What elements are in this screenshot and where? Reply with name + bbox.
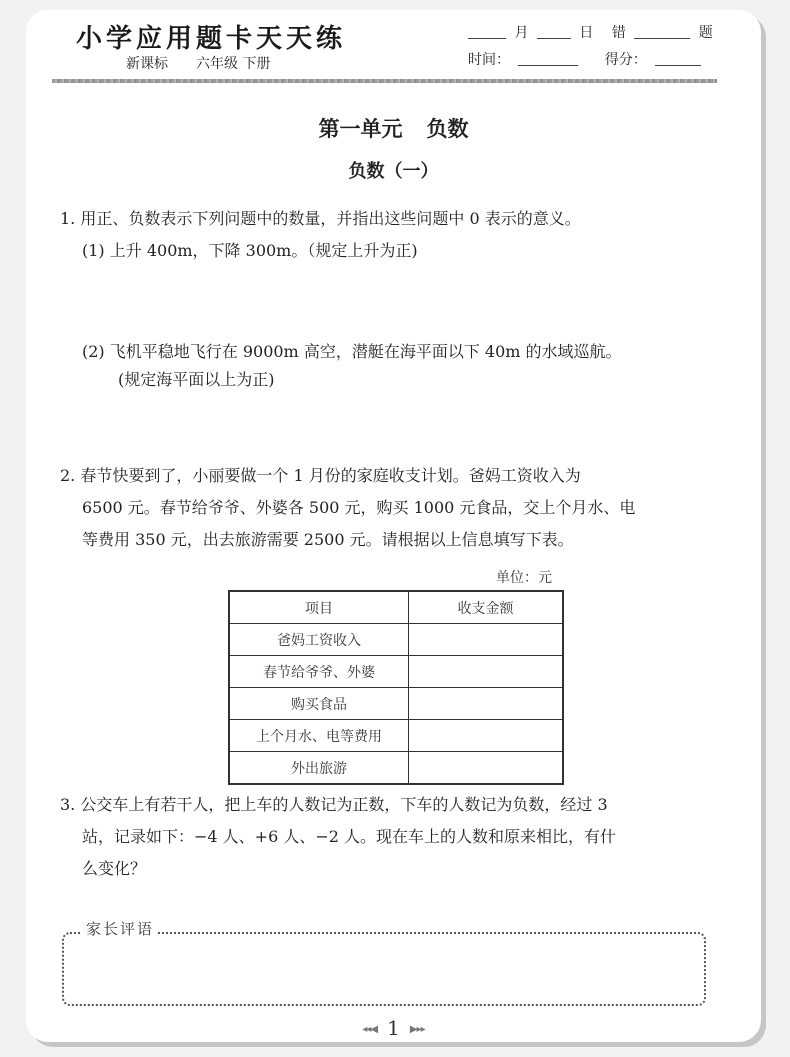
row-amount-input[interactable] — [409, 688, 564, 720]
question-1-part-1: (1) 上升 400m，下降 300m。（规定上升为正) — [82, 235, 418, 267]
month-blank[interactable] — [468, 38, 506, 39]
row-amount-input[interactable] — [409, 624, 564, 656]
time-score-row: 时间： 得分： — [468, 49, 705, 69]
month-label: 月 — [514, 25, 528, 41]
prev-arrows-icon: ◂◂◀ — [362, 1024, 377, 1035]
row-amount-input[interactable] — [409, 752, 564, 785]
header-divider — [52, 79, 717, 83]
worksheet-page: 小学应用题卡天天练 新课标 六年级 下册 月 日 错 题 时间： 得分： 第一单… — [26, 10, 761, 1042]
income-expense-table: 项目 收支金额 爸妈工资收入 春节给爷爷、外婆 购买食品 上个月水、电等费用 外… — [228, 590, 564, 785]
date-error-row: 月 日 错 题 — [468, 22, 717, 42]
row-amount-input[interactable] — [409, 720, 564, 752]
table-row: 上个月水、电等费用 — [229, 720, 563, 752]
question-2-line-3: 等费用 350 元，出去旅游需要 2500 元。请根据以上信息填写下表。 — [82, 524, 574, 556]
day-label: 日 — [579, 25, 593, 41]
table-row: 外出旅游 — [229, 752, 563, 785]
edition-label: 新课标 — [126, 53, 168, 73]
score-label: 得分： — [605, 52, 647, 68]
unit-title: 第一单元负数 — [26, 113, 761, 143]
row-item: 爸妈工资收入 — [229, 624, 409, 656]
row-item: 购买食品 — [229, 688, 409, 720]
parent-comment-label: 家长评语 — [82, 918, 158, 939]
question-3-line-2: 站，记录如下：−4 人、+6 人、−2 人。现在车上的人数和原来相比，有什 — [82, 821, 616, 853]
table-unit-label: 单位：元 — [496, 567, 552, 587]
row-item: 春节给爷爷、外婆 — [229, 656, 409, 688]
parent-comment-box[interactable] — [62, 932, 706, 1006]
score-blank[interactable] — [655, 65, 701, 66]
unit-topic: 负数 — [427, 117, 469, 141]
table-row: 爸妈工资收入 — [229, 624, 563, 656]
question-2-line-2: 6500 元。春节给爷爷、外婆各 500 元，购买 1000 元食品，交上个月水… — [82, 492, 635, 524]
wrong-count-blank[interactable] — [634, 38, 690, 39]
row-amount-input[interactable] — [409, 656, 564, 688]
book-title: 小学应用题卡天天练 — [76, 18, 346, 55]
lesson-title: 负数（一） — [26, 157, 761, 183]
page-number: 1 — [387, 1016, 400, 1040]
table-header-row: 项目 收支金额 — [229, 591, 563, 624]
table-row: 购买食品 — [229, 688, 563, 720]
next-arrows-icon: ▶▸▸ — [410, 1024, 425, 1035]
header-amount: 收支金额 — [409, 591, 564, 624]
page-footer: ◂◂◀1▶▸▸ — [26, 1016, 761, 1040]
question-3-line-1: 3. 公交车上有若干人，把上车的人数记为正数，下车的人数记为负数，经过 3 — [60, 789, 608, 821]
question-3-line-3: 么变化？ — [82, 853, 146, 885]
question-2-line-1: 2. 春节快要到了，小丽要做一个 1 月份的家庭收支计划。爸妈工资收入为 — [60, 460, 581, 492]
question-unit-label: 题 — [699, 25, 713, 41]
grade-label: 六年级 下册 — [196, 53, 270, 73]
row-item: 上个月水、电等费用 — [229, 720, 409, 752]
time-label: 时间： — [468, 52, 510, 68]
wrong-label: 错 — [612, 25, 626, 41]
day-blank[interactable] — [537, 38, 571, 39]
question-1-part-2-note: (规定海平面以上为正) — [118, 364, 275, 396]
unit-number: 第一单元 — [319, 117, 403, 141]
time-blank[interactable] — [518, 65, 578, 66]
row-item: 外出旅游 — [229, 752, 409, 785]
question-1-text: 1. 用正、负数表示下列问题中的数量，并指出这些问题中 0 表示的意义。 — [60, 203, 581, 235]
header-item: 项目 — [229, 591, 409, 624]
table-row: 春节给爷爷、外婆 — [229, 656, 563, 688]
